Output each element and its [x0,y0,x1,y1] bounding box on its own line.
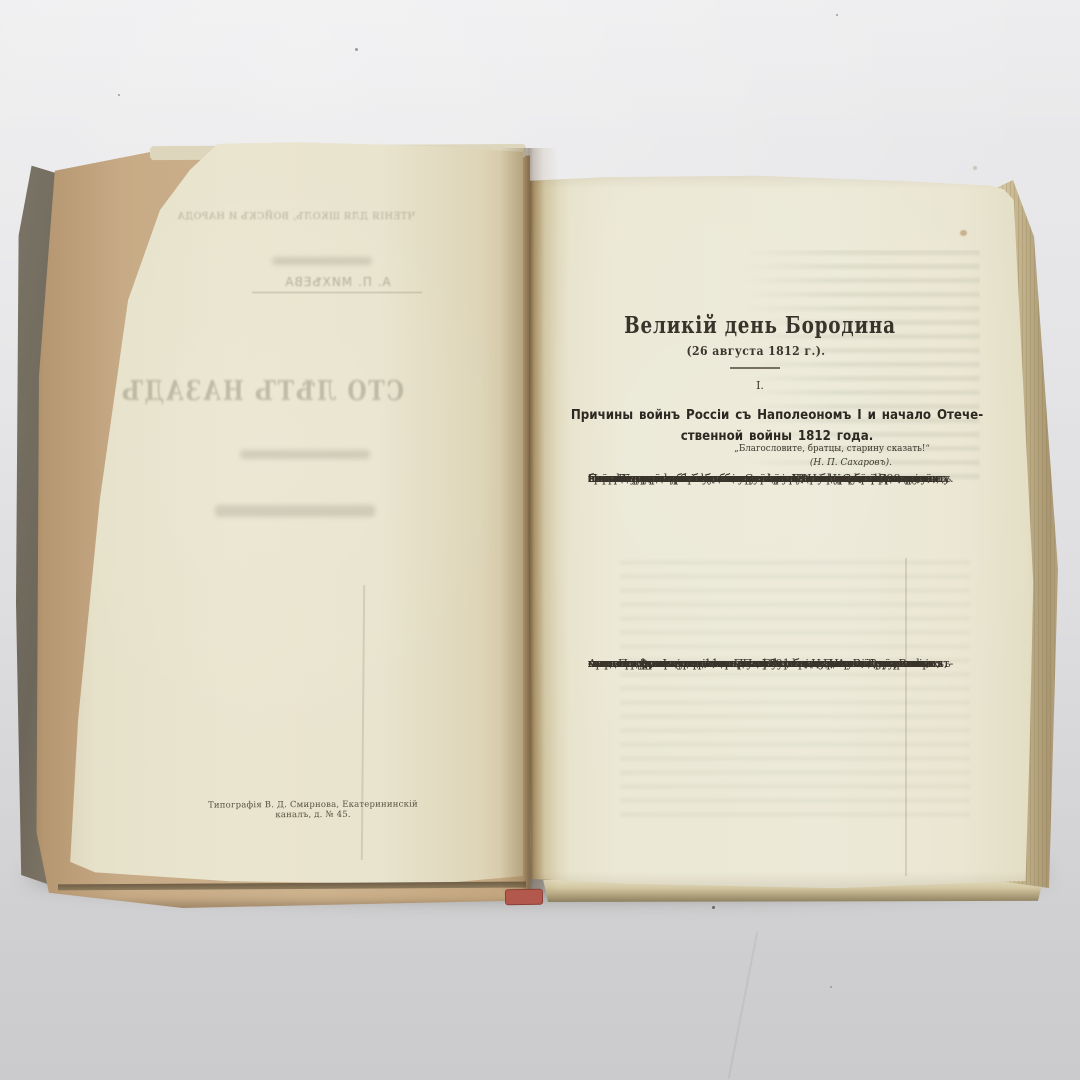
foxing-spot [973,166,977,170]
epigraph-attribution: (Н. П. Сахаровъ). [810,458,892,468]
dust-speck [118,94,120,96]
section-heading-line: ственной войны 1812 года. [681,428,874,444]
printer-imprint: Типографія В. Д. Смирнова, Екатерининскі… [193,799,433,820]
body-line: Александръ I. [588,656,670,670]
body-line: Сенъ-Готардъ. [588,471,674,485]
section-heading-line: Причины войнъ Россіи съ Наполеономъ I и … [571,407,983,423]
red-cover-fragment [505,889,543,906]
chapter-title: Великій день Бородина [624,312,896,339]
epigraph-quote: „Благословите, братцы, старину сказать!“ [734,443,930,454]
right-page-text: Великій день Бородина (26 августа 1812 г… [588,0,968,1080]
section-number: I. [756,379,764,392]
chapter-date-line: (26 августа 1812 г.). [686,343,825,358]
dust-speck [355,48,358,51]
spine-gutter-shadow [500,148,558,892]
photo-open-antique-book: ЧТЕНІЯ ДЛЯ ШКОЛЪ, ВОЙСКЪ И НАРОДА А. П. … [0,0,1080,1080]
divider-rule [730,367,780,369]
